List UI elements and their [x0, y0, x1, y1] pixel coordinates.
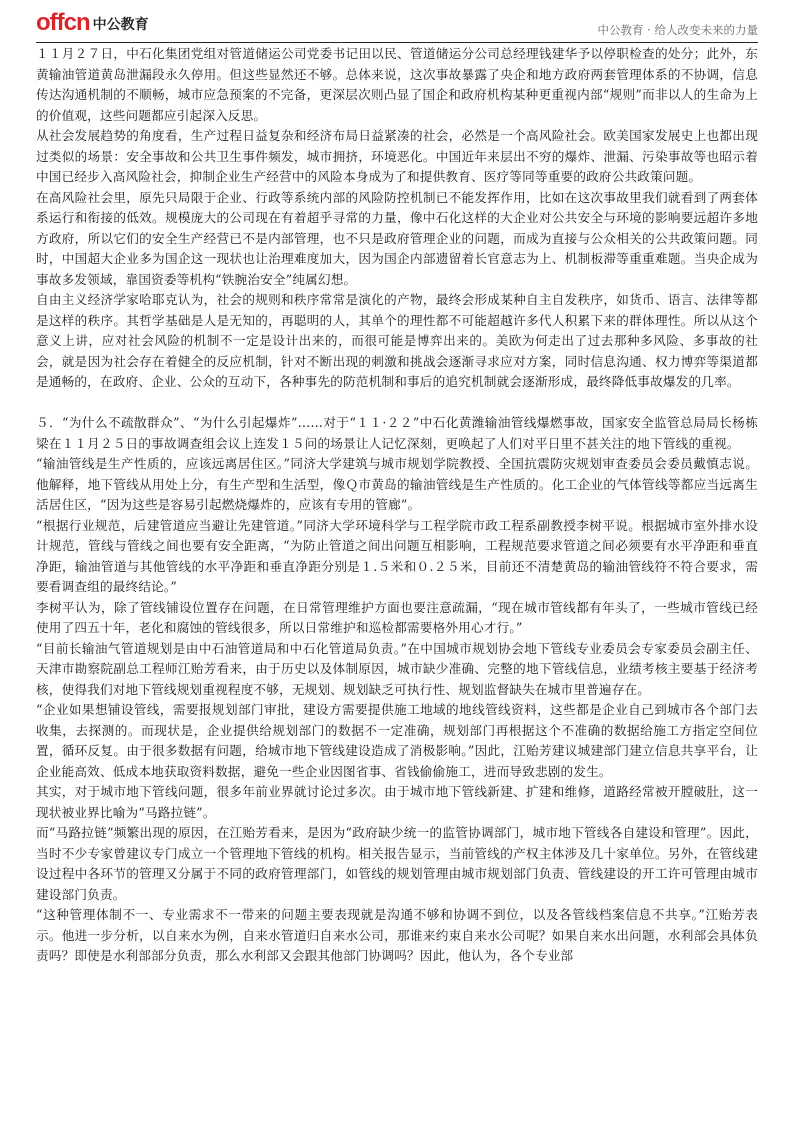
paragraph: 而“马路拉链”频繁出现的原因，在江贻芳看来，是因为“政府缺少统一的监管协调部门，… [36, 823, 758, 905]
document-body: １１月２７日，中石化集团党组对管道储运公司党委书记田以民、管道储运分公司总经理钱… [36, 44, 758, 967]
paragraph: 在高风险社会里，原先只局限于企业、行政等系统内部的风险防控机制已不能发挥作用，比… [36, 188, 758, 291]
paragraph: 自由主义经济学家哈耶克认为，社会的规则和秩序常常是演化的产物，最终会形成某种自主… [36, 290, 758, 393]
paragraph: “根据行业规范，后建管道应当避让先建管道。”同济大学环境科学与工程学院市政工程系… [36, 516, 758, 598]
header-slogan: 中公教育 · 给人改变未来的力量 [598, 22, 758, 38]
logo-text: 中公教育 [93, 14, 149, 36]
logo-mark: offcn [36, 10, 90, 36]
paragraph: １１月２７日，中石化集团党组对管道储运公司党委书记田以民、管道储运分公司总经理钱… [36, 44, 758, 126]
paragraph: 其实，对于城市地下管线问题，很多年前业界就讨论过多次。由于城市地下管线新建、扩建… [36, 782, 758, 823]
paragraph: “输油管线是生产性质的，应该远离居住区。”同济大学建筑与城市规划学院教授、全国抗… [36, 454, 758, 516]
paragraph: “企业如果想铺设管线，需要报规划部门审批，建设方需要提供施工地域的地线管线资料，… [36, 700, 758, 782]
paragraph: “这种管理体制不一、专业需求不一带来的问题主要表现就是沟通不够和协调不到位，以及… [36, 905, 758, 967]
paragraph: “目前长输油气管道规划是由中石油管道局和中石化管道局负责。”在中国城市规划协会地… [36, 639, 758, 701]
paragraph: 从社会发展趋势的角度看，生产过程日益复杂和经济布局日益紧凑的社会，必然是一个高风… [36, 126, 758, 188]
paragraph: ５．“为什么不疏散群众”、“为什么引起爆炸”……对于“１１·２２”中石化黄潍输油… [36, 413, 758, 454]
blank-line [36, 393, 758, 414]
paragraph: 李树平认为，除了管线铺设位置存在问题，在日常管理维护方面也要注意疏漏，“现在城市… [36, 598, 758, 639]
page-header: offcn 中公教育 中公教育 · 给人改变未来的力量 [36, 8, 758, 43]
offcn-logo: offcn 中公教育 [36, 10, 149, 36]
